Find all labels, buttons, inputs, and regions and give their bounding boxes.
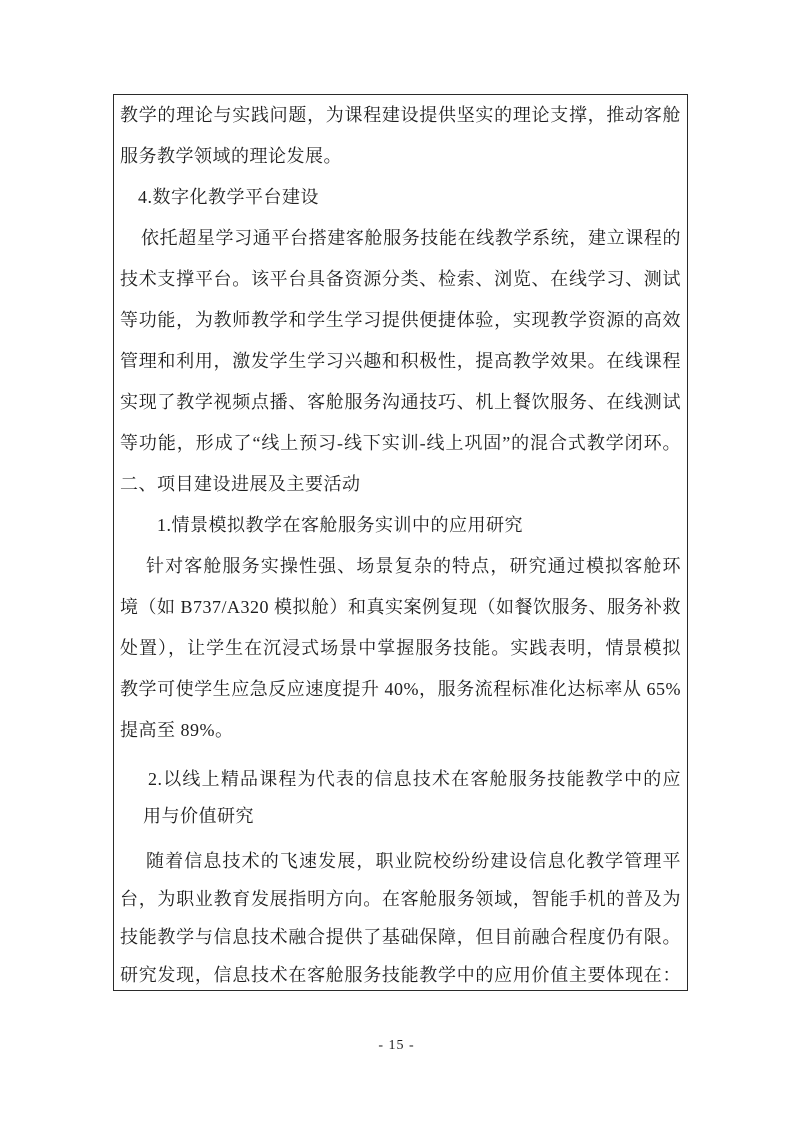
text-line: 2.以线上精品课程为代表的信息技术在客舱服务技能教学中的应 [120, 768, 681, 805]
text-line: 二、项目建设进展及主要活动 [120, 473, 681, 514]
text-line: 教学的理论与实践问题，为课程建设提供坚实的理论支撑，推动客舱 [120, 104, 681, 145]
text-line: 1.情景模拟教学在客舱服务实训中的应用研究 [120, 514, 681, 555]
text-line: 随着信息技术的飞速发展，职业院校纷纷建设信息化教学管理平 [120, 850, 681, 888]
text-line: 提高至 89%。 [120, 719, 681, 760]
text-line: 台，为职业教育发展指明方向。在客舱服务领域，智能手机的普及为 [120, 888, 681, 926]
text-line: 等功能，形成了“线上预习-线下实训-线上巩固”的混合式教学闭环。 [120, 432, 681, 473]
text-line: 等功能，为教师教学和学生学习提供便捷体验，实现教学资源的高效 [120, 309, 681, 350]
text-line: 教学可使学生应急反应速度提升 40%，服务流程标准化达标率从 65% [120, 678, 681, 719]
text-line: 研究发现，信息技术在客舱服务技能教学中的应用价值主要体现在： [120, 964, 681, 991]
text-line: 4.数字化教学平台建设 [120, 186, 681, 227]
text-line: 实现了教学视频点播、客舱服务沟通技巧、机上餐饮服务、在线测试 [120, 391, 681, 432]
text-line: 针对客舱服务实操性强、场景复杂的特点，研究通过模拟客舱环 [120, 555, 681, 596]
content-border-frame: 教学的理论与实践问题，为课程建设提供坚实的理论支撑，推动客舱服务教学领域的理论发… [113, 94, 688, 991]
text-line: 技能教学与信息技术融合提供了基础保障，但目前融合程度仍有限。 [120, 926, 681, 964]
text-line: 服务教学领域的理论发展。 [120, 145, 681, 186]
document-page: 教学的理论与实践问题，为课程建设提供坚实的理论支撑，推动客舱服务教学领域的理论发… [0, 0, 793, 1122]
text-line: 用与价值研究 [120, 805, 681, 842]
text-line: 依托超星学习通平台搭建客舱服务技能在线教学系统，建立课程的 [120, 227, 681, 268]
text-line: 境（如 B737/A320 模拟舱）和真实案例复现（如餐饮服务、服务补救 [120, 596, 681, 637]
page-number: - 15 - [0, 1038, 793, 1054]
text-line: 管理和利用，激发学生学习兴趣和积极性，提高教学效果。在线课程 [120, 350, 681, 391]
text-line: 技术支撑平台。该平台具备资源分类、检索、浏览、在线学习、测试 [120, 268, 681, 309]
text-line: 处置），让学生在沉浸式场景中掌握服务技能。实践表明，情景模拟 [120, 637, 681, 678]
document-text: 教学的理论与实践问题，为课程建设提供坚实的理论支撑，推动客舱服务教学领域的理论发… [120, 104, 681, 991]
